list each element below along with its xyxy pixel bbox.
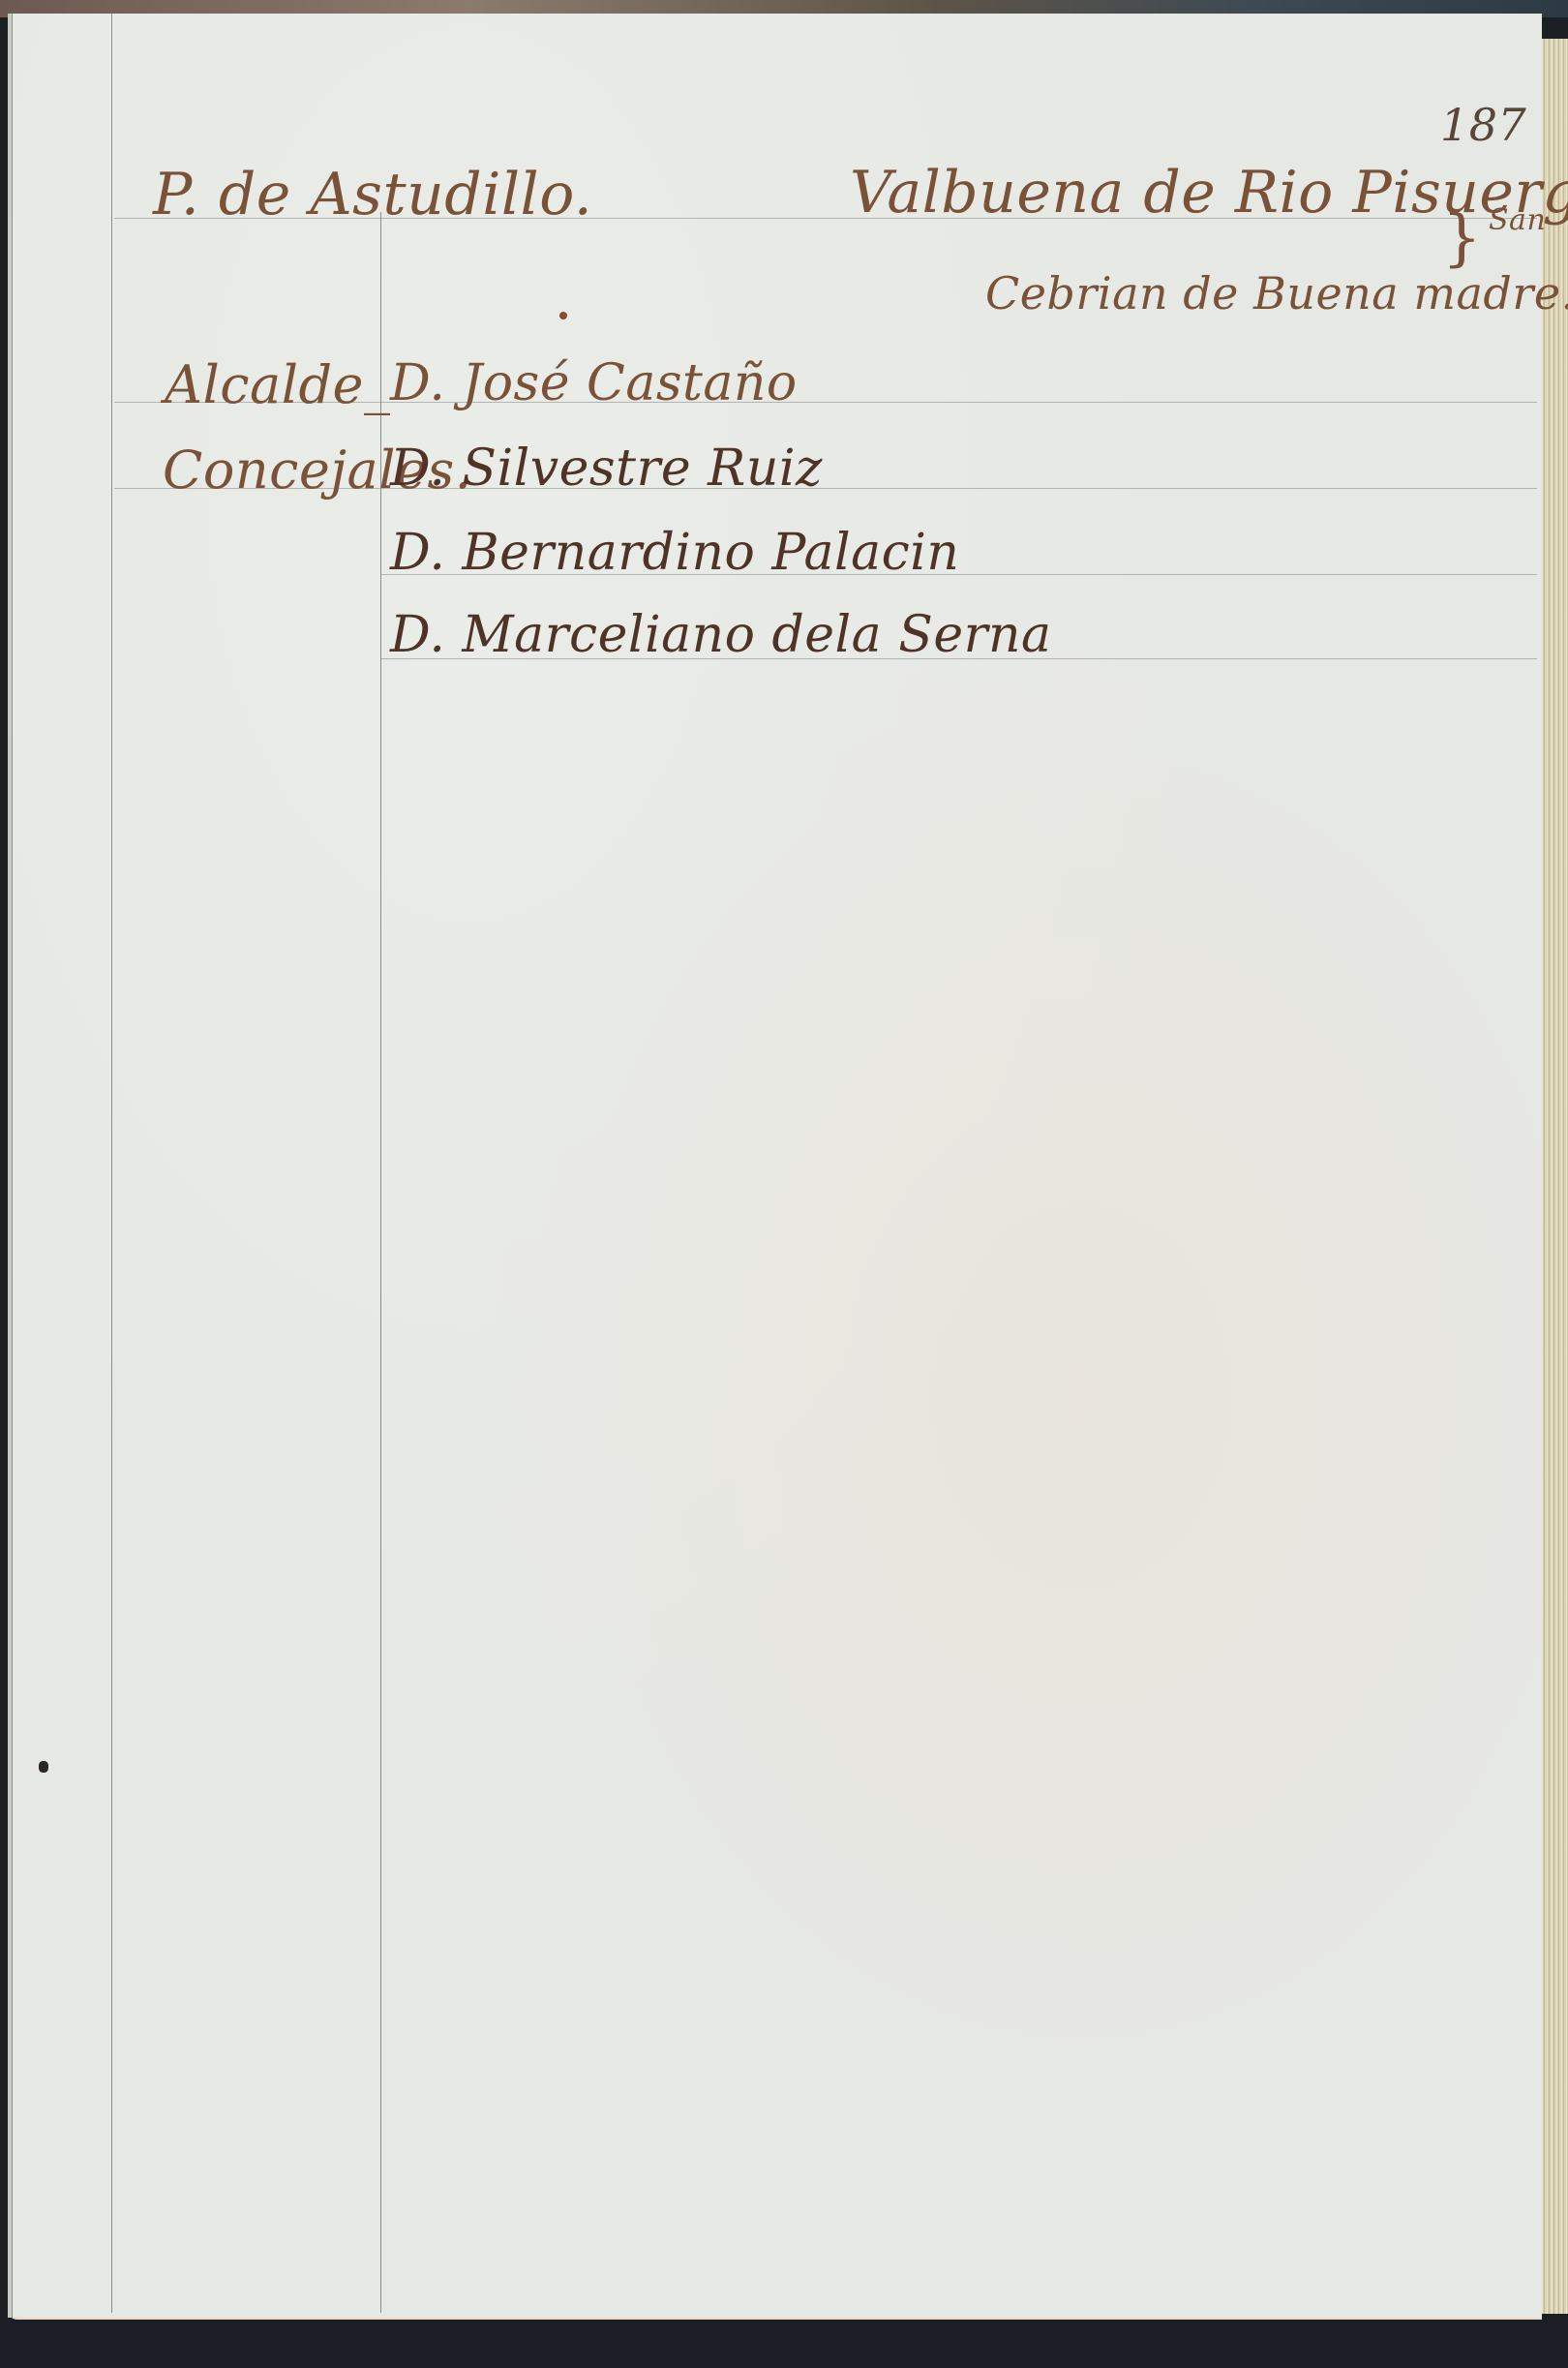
official-name-2: D. Silvestre Ruiz xyxy=(390,440,823,498)
show-through-line-1: ~~~~~~~~~~~~~~~~~~~~~~~~~~~~~~~~~~~~~ xyxy=(424,725,1498,746)
municipality-title-suffix: San xyxy=(1489,203,1546,237)
ink-dot xyxy=(559,312,567,319)
show-through-line-2: ~~~~~~~~~~~~~~~~~~~~~~~~~~~~~~~~~~~~~ xyxy=(424,807,1498,829)
municipality-title-continuation: Cebrian de Buena madre. xyxy=(985,267,1568,319)
official-name-1: D. José Castaño xyxy=(390,354,798,412)
role-text: Alcalde xyxy=(165,354,364,415)
parish-title: P. de Astudillo. xyxy=(153,161,592,228)
page-number: 187 xyxy=(1440,99,1526,151)
page-gutter xyxy=(8,14,13,2318)
left-margin-rule xyxy=(111,14,112,2313)
name-column-rule xyxy=(380,212,381,2313)
show-through-line-3: ~~~~~~~~~~~~~~~~~~~~~~~~~~ xyxy=(424,890,1218,911)
role-separator: _ xyxy=(364,354,391,415)
official-name-3: D. Bernardino Palacin xyxy=(390,524,959,582)
official-name-4: D. Marceliano dela Serna xyxy=(390,606,1051,664)
stacked-page-edges xyxy=(1539,39,1568,2323)
ink-speck xyxy=(39,1761,48,1773)
background-surface xyxy=(0,2314,1568,2368)
role-label-alcalde: Alcalde_ xyxy=(165,354,391,415)
brace-mark: } xyxy=(1442,202,1482,274)
ledger-page: 187 P. de Astudillo. Valbuena de Rio Pis… xyxy=(8,14,1542,2320)
